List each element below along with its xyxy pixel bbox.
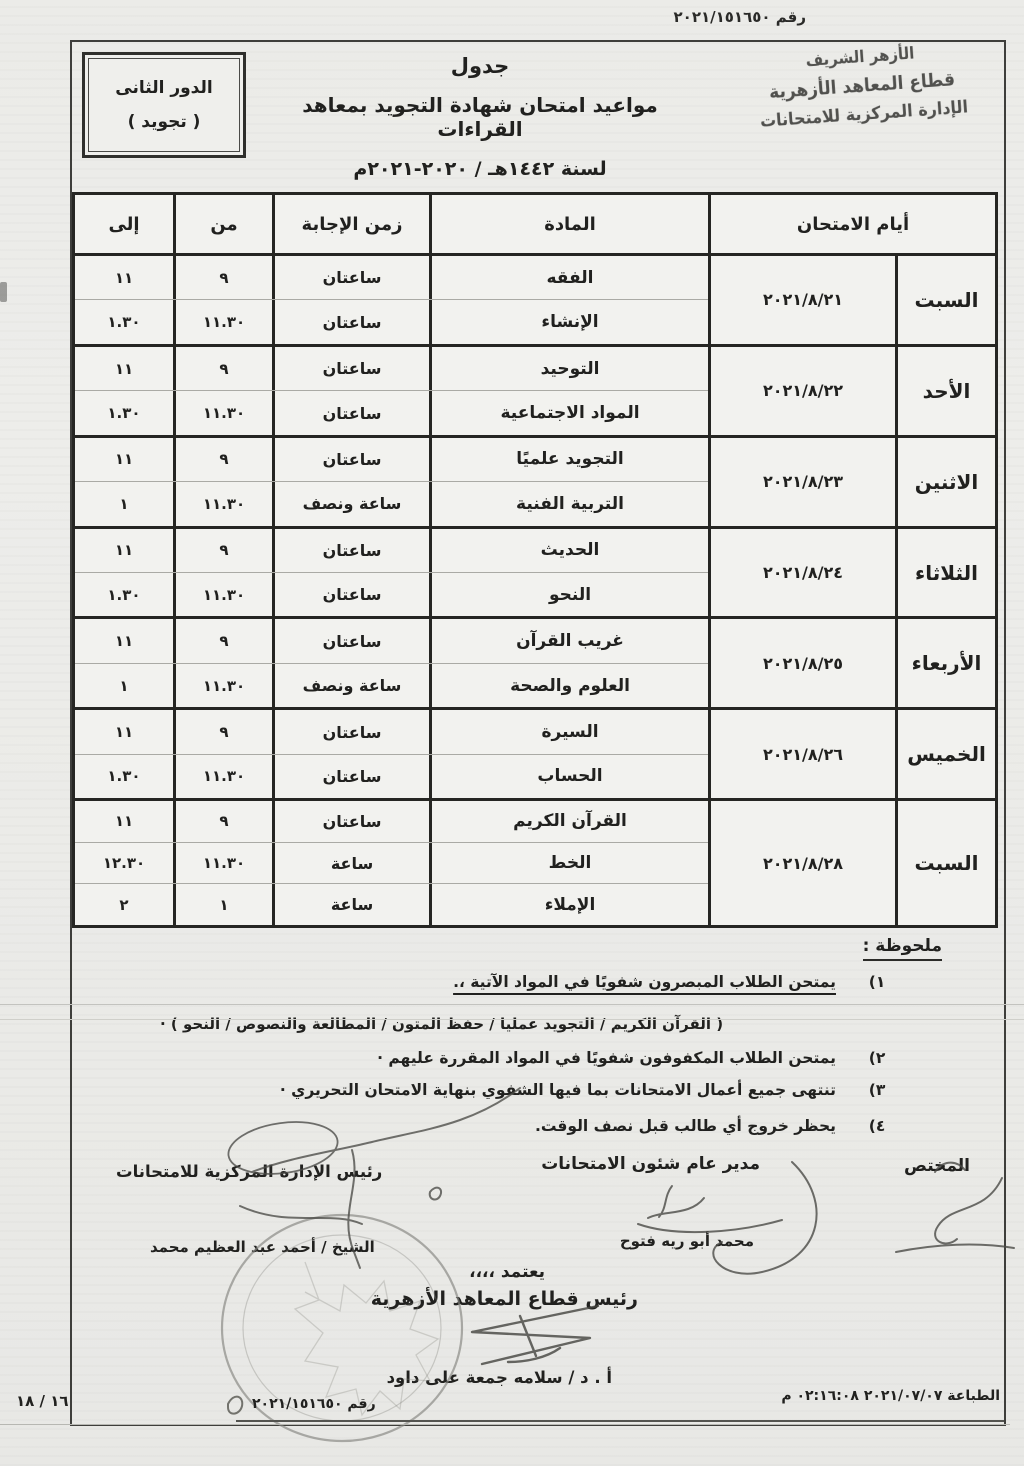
note-2-number: ٢) [864, 1049, 890, 1067]
from-time-cell: ٩ [173, 529, 272, 572]
note-item-3: ٣) تنتهى جميع أعمال الامتحانات بما فيها … [42, 1081, 942, 1099]
notes-section: ملحوظة : ١) يمتحن الطلاب المبصرون شفويًا… [42, 936, 942, 1135]
exams-director-name: محمد أبو ريه فتوح [620, 1232, 754, 1250]
note-4-number: ٤) [864, 1117, 890, 1135]
exam-date-cell: ٢٠٢١/٨/٢٥ [708, 619, 895, 707]
subject-name-cell: السيرة [429, 710, 708, 753]
from-time-cell: ١١.٣٠ [173, 755, 272, 798]
to-time-cell: ١١ [75, 347, 173, 390]
document-number-footer: رقم ٢٠٢١/١٥١٦٥٠ [252, 1396, 376, 1412]
to-time-cell: ١١ [75, 619, 173, 662]
subject-row: التجويد علميًا ساعتان ٩ ١١ [75, 438, 708, 481]
day-subjects-group: القرآن الكريم ساعتان ٩ ١١ الخط ساعة ١١.٣… [75, 801, 708, 925]
to-time-cell: ١.٣٠ [75, 300, 173, 343]
exam-date-cell: ٢٠٢١/٨/٢٤ [708, 529, 895, 617]
subject-name-cell: القرآن الكريم [429, 801, 708, 842]
subject-name-cell: العلوم والصحة [429, 664, 708, 707]
day-name-cell: السبت [895, 801, 995, 925]
exam-date-cell: ٢٠٢١/٨/٢٢ [708, 347, 895, 435]
subject-row: غريب القرآن ساعتان ٩ ١١ [75, 619, 708, 662]
to-time-cell: ١١ [75, 438, 173, 481]
exam-day-row: الأربعاء ٢٠٢١/٨/٢٥ غريب القرآن ساعتان ٩ … [75, 619, 995, 710]
to-time-cell: ١ [75, 664, 173, 707]
day-name-cell: الأربعاء [895, 619, 995, 707]
from-time-cell: ١١.٣٠ [173, 573, 272, 616]
note-3-text: تنتهى جميع أعمال الامتحانات بما فيها الش… [280, 1081, 836, 1099]
answer-duration-cell: ساعة [272, 884, 429, 925]
header-from-time: من [173, 195, 272, 253]
from-time-cell: ١ [173, 884, 272, 925]
to-time-cell: ١٢.٣٠ [75, 843, 173, 884]
to-time-cell: ١١ [75, 529, 173, 572]
scanned-exam-schedule-document: رقم ٢٠٢١/١٥١٦٥٠ الأزهر الشريف قطاع المعا… [0, 0, 1024, 1466]
day-name-cell: الخميس [895, 710, 995, 798]
answer-duration-cell: ساعة [272, 843, 429, 884]
answer-duration-cell: ساعتان [272, 391, 429, 434]
subject-row: السيرة ساعتان ٩ ١١ [75, 710, 708, 753]
day-subjects-group: غريب القرآن ساعتان ٩ ١١ العلوم والصحة سا… [75, 619, 708, 707]
answer-duration-cell: ساعتان [272, 619, 429, 662]
central-admin-head-label: رئيس الإدارة المركزية للامتحانات [116, 1162, 382, 1181]
header-subject: المادة [429, 195, 708, 253]
from-time-cell: ١١.٣٠ [173, 843, 272, 884]
answer-duration-cell: ساعتان [272, 573, 429, 616]
subject-name-cell: الإنشاء [429, 300, 708, 343]
subject-name-cell: النحو [429, 573, 708, 616]
title-academic-year: لسنة ١٤٤٢هـ / ٢٠٢٠-٢٠٢١م [300, 158, 660, 180]
exam-table-rows: السبت ٢٠٢١/٨/٢١ الفقه ساعتان ٩ ١١ الإنشا… [75, 256, 995, 925]
day-subjects-group: التجويد علميًا ساعتان ٩ ١١ التربية الفني… [75, 438, 708, 526]
exam-day-row: السبت ٢٠٢١/٨/٢٨ القرآن الكريم ساعتان ٩ ١… [75, 801, 995, 925]
day-name-cell: الثلاثاء [895, 529, 995, 617]
note-1-subjects-list: ( القرآن الكريم / التجويد عمليا / حفظ ال… [42, 1015, 942, 1033]
note-item-2: ٢) يمتحن الطلاب المكفوفون شفويًا في المو… [42, 1049, 942, 1067]
day-name-cell: الأحد [895, 347, 995, 435]
subject-row: الخط ساعة ١١.٣٠ ١٢.٣٠ [75, 842, 708, 884]
document-number-top: رقم ٢٠٢١/١٥١٦٥٠ [674, 8, 806, 26]
answer-duration-cell: ساعتان [272, 529, 429, 572]
from-time-cell: ٩ [173, 256, 272, 299]
answer-duration-cell: ساعتان [272, 438, 429, 481]
note-1-number: ١) [864, 973, 890, 991]
subject-row: الفقه ساعتان ٩ ١١ [75, 256, 708, 299]
exam-round-box: الدور الثانى ( تجويد ) [82, 52, 246, 158]
answer-duration-cell: ساعتان [272, 710, 429, 753]
footer-faint-line [0, 1424, 1010, 1425]
note-item-1: ١) يمتحن الطلاب المبصرون شفويًا في الموا… [42, 973, 942, 991]
specialist-signature-label: المختص [904, 1156, 970, 1176]
notes-heading: ملحوظة : [863, 936, 942, 961]
subject-row: الإملاء ساعة ١ ٢ [75, 883, 708, 925]
answer-duration-cell: ساعتان [272, 300, 429, 343]
from-time-cell: ٩ [173, 801, 272, 842]
footer-rule-line [236, 1420, 1004, 1422]
document-title: جدول مواعيد امتحان شهادة التجويد بمعاهد … [300, 54, 660, 180]
subject-row: الإنشاء ساعتان ١١.٣٠ ١.٣٠ [75, 299, 708, 343]
answer-duration-cell: ساعتان [272, 347, 429, 390]
subject-name-cell: غريب القرآن [429, 619, 708, 662]
answer-duration-cell: ساعتان [272, 256, 429, 299]
subject-name-cell: الإملاء [429, 884, 708, 925]
page-indicator: ١٦ / ١٨ [16, 1392, 69, 1410]
subject-row: النحو ساعتان ١١.٣٠ ١.٣٠ [75, 572, 708, 616]
subject-row: الحساب ساعتان ١١.٣٠ ١.٣٠ [75, 754, 708, 798]
round-box-second-round: الدور الثانى [115, 78, 212, 98]
exam-day-row: الاثنين ٢٠٢١/٨/٢٣ التجويد علميًا ساعتان … [75, 438, 995, 529]
subject-name-cell: التجويد علميًا [429, 438, 708, 481]
day-name-cell: الاثنين [895, 438, 995, 526]
subject-row: القرآن الكريم ساعتان ٩ ١١ [75, 801, 708, 842]
subject-row: الحديث ساعتان ٩ ١١ [75, 529, 708, 572]
print-timestamp: الطباعة ٢٠٢١/٠٧/٠٧ ٠٢:١٦:٠٨ م [781, 1388, 1000, 1404]
subject-name-cell: الحساب [429, 755, 708, 798]
answer-duration-cell: ساعتان [272, 801, 429, 842]
to-time-cell: ١ [75, 482, 173, 525]
sector-head-label: رئيس قطاع المعاهد الأزهرية [371, 1288, 638, 1310]
from-time-cell: ٩ [173, 347, 272, 390]
subject-name-cell: المواد الاجتماعية [429, 391, 708, 434]
day-subjects-group: السيرة ساعتان ٩ ١١ الحساب ساعتان ١١.٣٠ ١… [75, 710, 708, 798]
exam-date-cell: ٢٠٢١/٨/٢٣ [708, 438, 895, 526]
exams-director-label: مدير عام شئون الامتحانات [541, 1154, 760, 1174]
scan-artifact-line [0, 1004, 1024, 1005]
approval-label: يعتمد ،،،، [469, 1262, 545, 1282]
subject-row: التربية الفنية ساعة ونصف ١١.٣٠ ١ [75, 481, 708, 525]
from-time-cell: ١١.٣٠ [173, 664, 272, 707]
to-time-cell: ١١ [75, 710, 173, 753]
answer-duration-cell: ساعة ونصف [272, 482, 429, 525]
to-time-cell: ١.٣٠ [75, 391, 173, 434]
from-time-cell: ٩ [173, 619, 272, 662]
to-time-cell: ١.٣٠ [75, 755, 173, 798]
note-item-4: ٤) يحظر خروج أي طالب قبل نصف الوقت. [42, 1117, 942, 1135]
exam-date-cell: ٢٠٢١/٨/٢٨ [708, 801, 895, 925]
exam-day-row: الخميس ٢٠٢١/٨/٢٦ السيرة ساعتان ٩ ١١ الحس… [75, 710, 995, 801]
note-1-text: يمتحن الطلاب المبصرون شفويًا في المواد ا… [453, 973, 836, 991]
to-time-cell: ١١ [75, 256, 173, 299]
day-subjects-group: الحديث ساعتان ٩ ١١ النحو ساعتان ١١.٣٠ ١.… [75, 529, 708, 617]
exam-day-row: الثلاثاء ٢٠٢١/٨/٢٤ الحديث ساعتان ٩ ١١ ال… [75, 529, 995, 620]
to-time-cell: ١.٣٠ [75, 573, 173, 616]
header-answer-duration: زمن الإجابة [272, 195, 429, 253]
round-box-tajweed: ( تجويد ) [128, 112, 201, 132]
note-2-text: يمتحن الطلاب المكفوفون شفويًا في المواد … [377, 1049, 836, 1067]
subject-name-cell: التوحيد [429, 347, 708, 390]
note-4-text: يحظر خروج أي طالب قبل نصف الوقت. [535, 1117, 836, 1135]
header-exam-days: أيام الامتحان [708, 195, 995, 253]
day-name-cell: السبت [895, 256, 995, 344]
subject-row: التوحيد ساعتان ٩ ١١ [75, 347, 708, 390]
exam-schedule-table: أيام الامتحان المادة زمن الإجابة من إلى … [72, 192, 998, 928]
day-subjects-group: التوحيد ساعتان ٩ ١١ المواد الاجتماعية سا… [75, 347, 708, 435]
title-exam-dates: مواعيد امتحان شهادة التجويد بمعاهد القرا… [300, 93, 660, 141]
from-time-cell: ١١.٣٠ [173, 482, 272, 525]
subject-name-cell: التربية الفنية [429, 482, 708, 525]
scan-edge-smudge [0, 282, 7, 302]
title-word-schedule: جدول [300, 54, 660, 78]
sector-head-name: أ . د / سلامه جمعة على داود [387, 1368, 612, 1387]
exam-day-row: الأحد ٢٠٢١/٨/٢٢ التوحيد ساعتان ٩ ١١ المو… [75, 347, 995, 438]
from-time-cell: ٩ [173, 710, 272, 753]
central-admin-head-name: الشيخ / أحمد عبد العظيم محمد [150, 1238, 375, 1256]
subject-row: العلوم والصحة ساعة ونصف ١١.٣٠ ١ [75, 663, 708, 707]
scan-artifact-line [0, 1019, 1024, 1020]
subject-name-cell: الخط [429, 843, 708, 884]
exam-day-row: السبت ٢٠٢١/٨/٢١ الفقه ساعتان ٩ ١١ الإنشا… [75, 256, 995, 347]
subject-row: المواد الاجتماعية ساعتان ١١.٣٠ ١.٣٠ [75, 390, 708, 434]
exam-date-cell: ٢٠٢١/٨/٢٦ [708, 710, 895, 798]
note-3-number: ٣) [864, 1081, 890, 1099]
table-header-row: أيام الامتحان المادة زمن الإجابة من إلى [75, 195, 995, 256]
from-time-cell: ١١.٣٠ [173, 391, 272, 434]
to-time-cell: ١١ [75, 801, 173, 842]
subject-name-cell: الحديث [429, 529, 708, 572]
exam-date-cell: ٢٠٢١/٨/٢١ [708, 256, 895, 344]
answer-duration-cell: ساعة ونصف [272, 664, 429, 707]
to-time-cell: ٢ [75, 884, 173, 925]
answer-duration-cell: ساعتان [272, 755, 429, 798]
from-time-cell: ١١.٣٠ [173, 300, 272, 343]
day-subjects-group: الفقه ساعتان ٩ ١١ الإنشاء ساعتان ١١.٣٠ ١… [75, 256, 708, 344]
subject-name-cell: الفقه [429, 256, 708, 299]
header-to-time: إلى [75, 195, 173, 253]
from-time-cell: ٩ [173, 438, 272, 481]
